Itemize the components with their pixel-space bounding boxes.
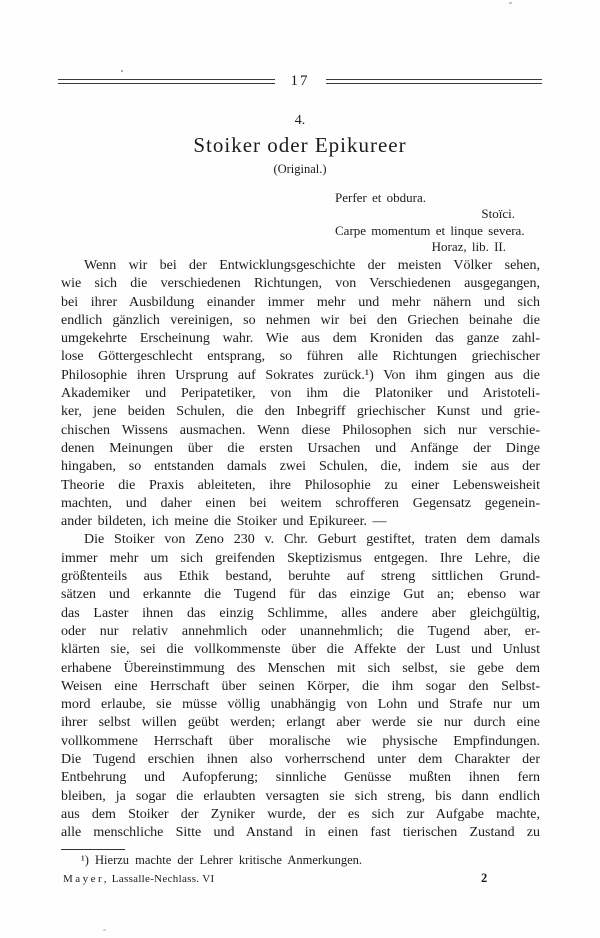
text-line: aus dem Stoiker der Zyniker wurde, der e… — [61, 806, 540, 824]
text-line: das Laster ihnen das einzig Schlimme, al… — [61, 605, 540, 623]
text-line: Wenn wir bei der Entwicklungsgeschichte … — [61, 257, 540, 275]
text-line: vollkommene Herrschaft über moralische w… — [61, 733, 540, 751]
page-number: 17 — [291, 74, 310, 89]
epigraph-quote-1: Perfer et obdura. — [335, 190, 541, 206]
text-line: endlich gänzlich vereinigen, so nehmen w… — [61, 312, 540, 330]
body-text: Wenn wir bei der Entwicklungsgeschichte … — [61, 257, 540, 843]
text-line: Entbehrung und Aufopferung; sinnliche Ge… — [61, 769, 540, 787]
text-line: oder nur relativ annehmlich oder unanneh… — [61, 623, 540, 641]
text-line: bei ihrer Ausbildung einander immer mehr… — [61, 294, 540, 312]
section-number: 4. — [0, 113, 600, 129]
text-line: hingaben, so entstanden damals zwei Schu… — [61, 458, 540, 476]
epigraph-attribution-2: Horaz, lib. II. — [335, 239, 541, 255]
text-line: wie sich die verschiedenen Richtungen, v… — [61, 275, 540, 293]
chapter-subtitle: (Original.) — [0, 162, 600, 177]
running-head: 17 — [58, 74, 542, 89]
text-line: sätzen und erkannte die Tugend für das e… — [61, 586, 540, 604]
header-rule-right — [326, 79, 543, 84]
text-line: mord erlaube, sie müsse völlig unabhängi… — [61, 696, 540, 714]
text-line: größtenteils aus Ethik bestand, beruhte … — [61, 568, 540, 586]
scan-speck — [509, 2, 512, 4]
scan-speck — [121, 70, 123, 72]
text-line: Philosophie ihren Ursprung auf Sokrates … — [61, 367, 540, 385]
text-line: Akademiker und Peripatetiker, von ihm di… — [61, 385, 540, 403]
text-line: denen Meinungen über die ersten Ursachen… — [61, 440, 540, 458]
text-line: chischen Wissens ausmachen. Wenn diese P… — [61, 422, 540, 440]
text-line: erhabene Übereinstimmung des Menschen mi… — [61, 660, 540, 678]
footnote-rule — [61, 849, 125, 850]
text-line: Die Stoiker von Zeno 230 v. Chr. Geburt … — [61, 531, 540, 549]
footnote: ¹) Hierzu machte der Lehrer kritische An… — [61, 853, 540, 868]
epigraph-quote-2: Carpe momentum et linque severa. — [335, 223, 541, 239]
text-line: ander bildeten, ich meine die Stoiker un… — [61, 513, 540, 531]
text-line: Theorie die Praxis ableiteten, ihre Phil… — [61, 477, 540, 495]
text-line: umgekehrte Erscheinung wahr. Wie aus dem… — [61, 330, 540, 348]
publisher-volume: Lassalle-Nechlass. VI — [112, 873, 215, 885]
text-line: alle menschliche Sitte und Anstand in ei… — [61, 824, 540, 842]
text-line: immer mehr um sich greifenden Skeptizism… — [61, 550, 540, 568]
epigraph: Perfer et obdura. Stoïci. Carpe momentum… — [335, 190, 541, 256]
text-line: bleiben, ja sogar die erlaubten versagte… — [61, 788, 540, 806]
text-line: lose Göttergeschlecht entsprang, so führ… — [61, 348, 540, 366]
paragraph-1: Wenn wir bei der Entwicklungsgeschichte … — [61, 257, 540, 531]
text-line: klärten sie, sei die vollkommenste über … — [61, 641, 540, 659]
book-page: 17 4. Stoiker oder Epikureer (Original.)… — [0, 0, 600, 938]
epigraph-attribution-1: Stoïci. — [335, 206, 541, 222]
text-line: Weisen eine Herrschaft über seinen Körpe… — [61, 678, 540, 696]
text-line: Die Tugend erschien ihnen also vorherrsc… — [61, 751, 540, 769]
header-rule-left — [58, 79, 275, 84]
text-line: machten, und daher einen bei weitem schr… — [61, 495, 540, 513]
scan-speck — [103, 929, 106, 931]
text-line: ihrer selbst willen geübt werden; erlang… — [61, 714, 540, 732]
publisher-imprint: Mayer, Lassalle-Nechlass. VI — [63, 873, 214, 885]
chapter-title: Stoiker oder Epikureer — [0, 133, 600, 158]
paragraph-2: Die Stoiker von Zeno 230 v. Chr. Geburt … — [61, 531, 540, 842]
text-line: ker, jene beiden Schulen, die den Inbegr… — [61, 403, 540, 421]
publisher-name: Mayer, — [63, 873, 109, 885]
signature-mark: 2 — [481, 871, 487, 886]
